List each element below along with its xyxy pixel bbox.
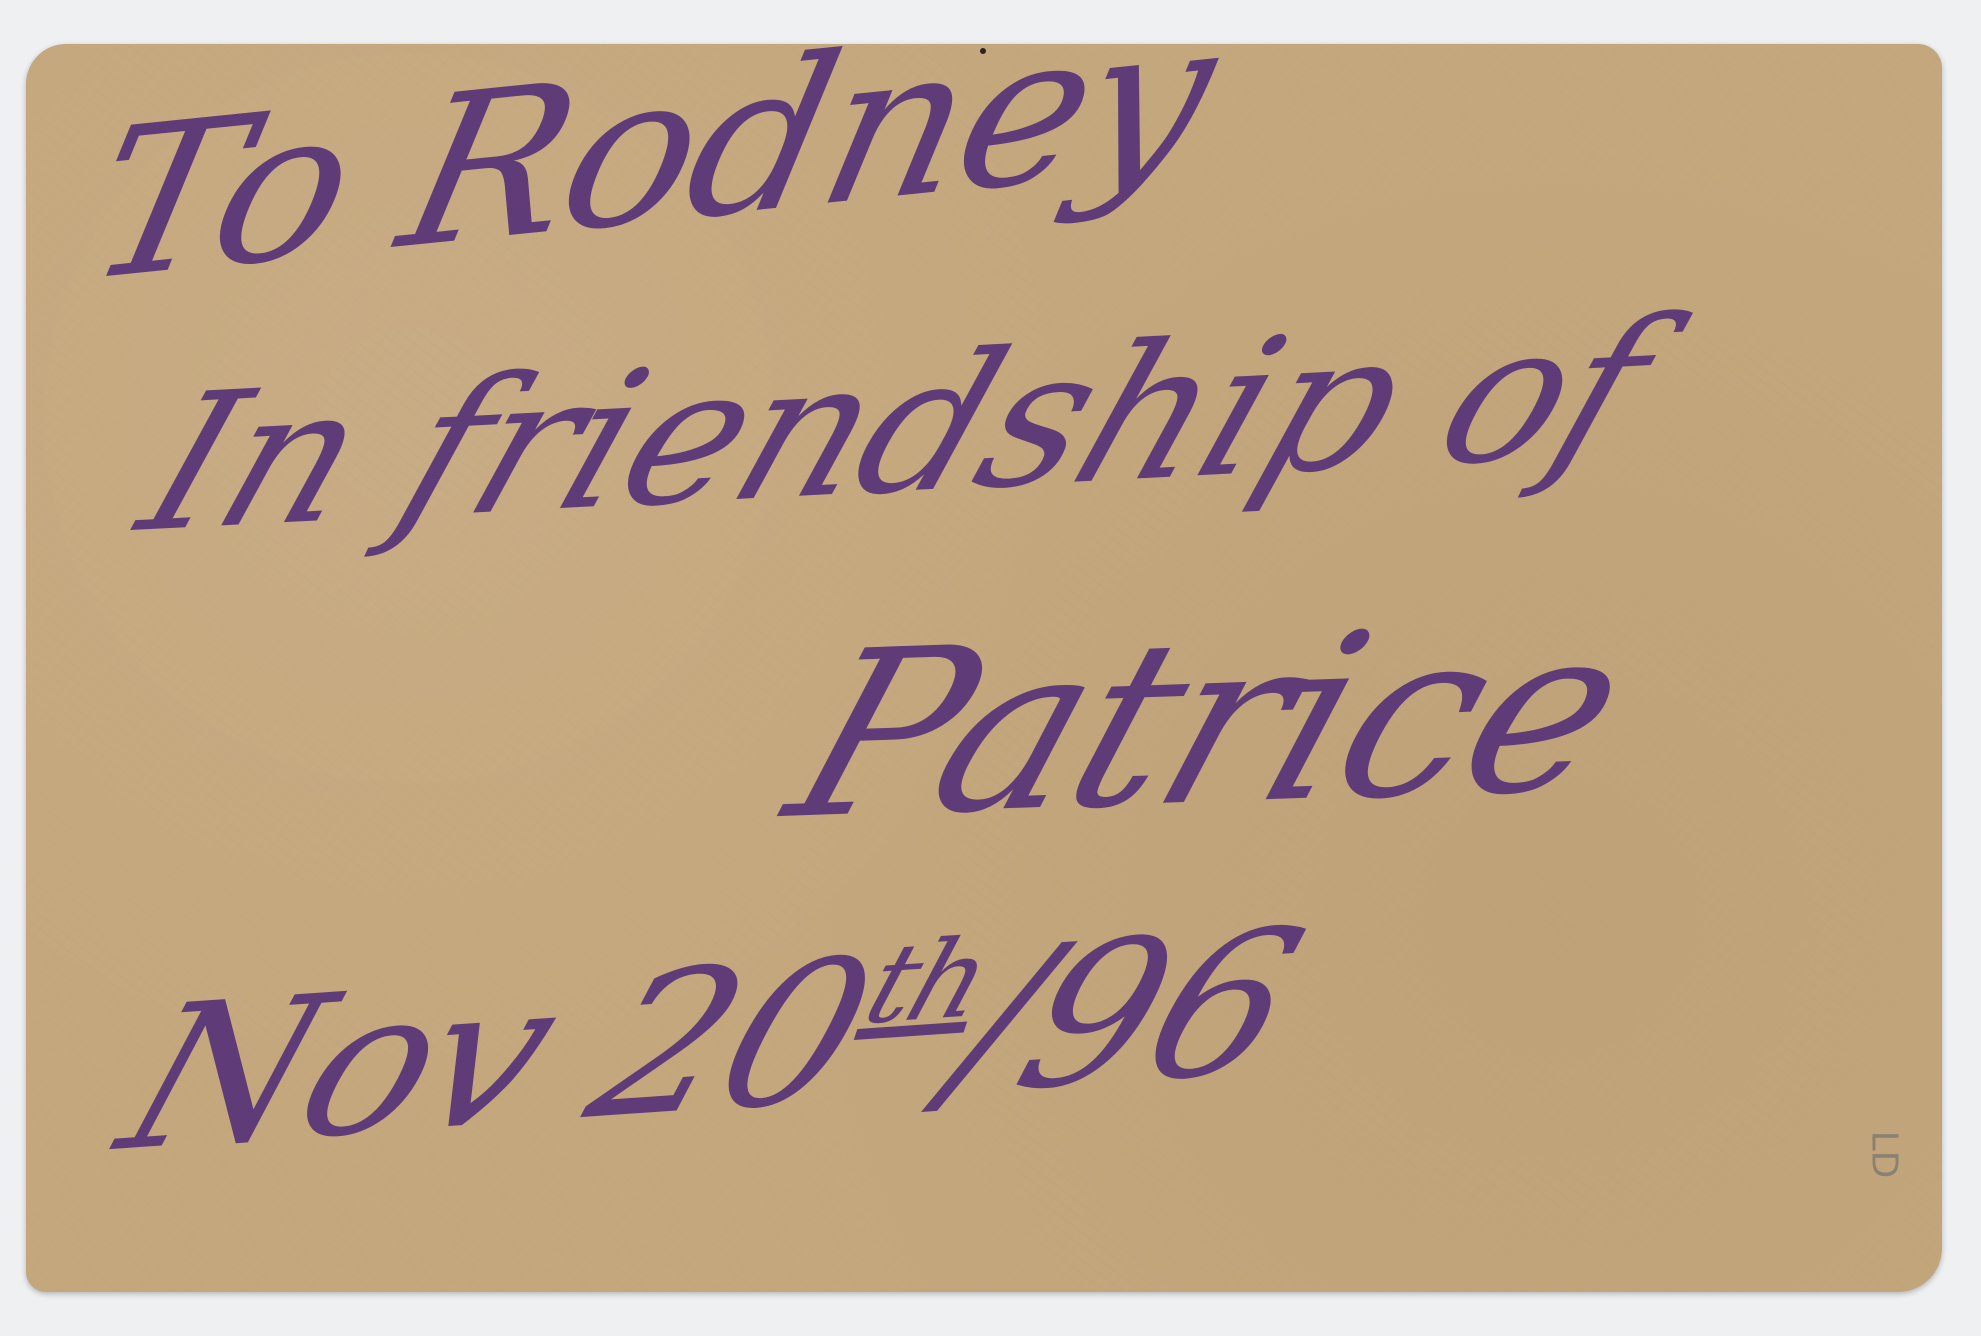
- signature: Patrice: [762, 576, 1654, 871]
- dedication-line-1: To Rodney: [69, 44, 1231, 328]
- handwritten-date: Nov 20th/96: [97, 886, 1323, 1197]
- photo-card-back: To Rodney In friendship of Patrice Nov 2…: [26, 44, 1942, 1292]
- pencil-annotation: LD: [1864, 1131, 1905, 1179]
- date-month-day: Nov 20: [97, 915, 895, 1196]
- dedication-line-2: In friendship of: [117, 278, 1675, 575]
